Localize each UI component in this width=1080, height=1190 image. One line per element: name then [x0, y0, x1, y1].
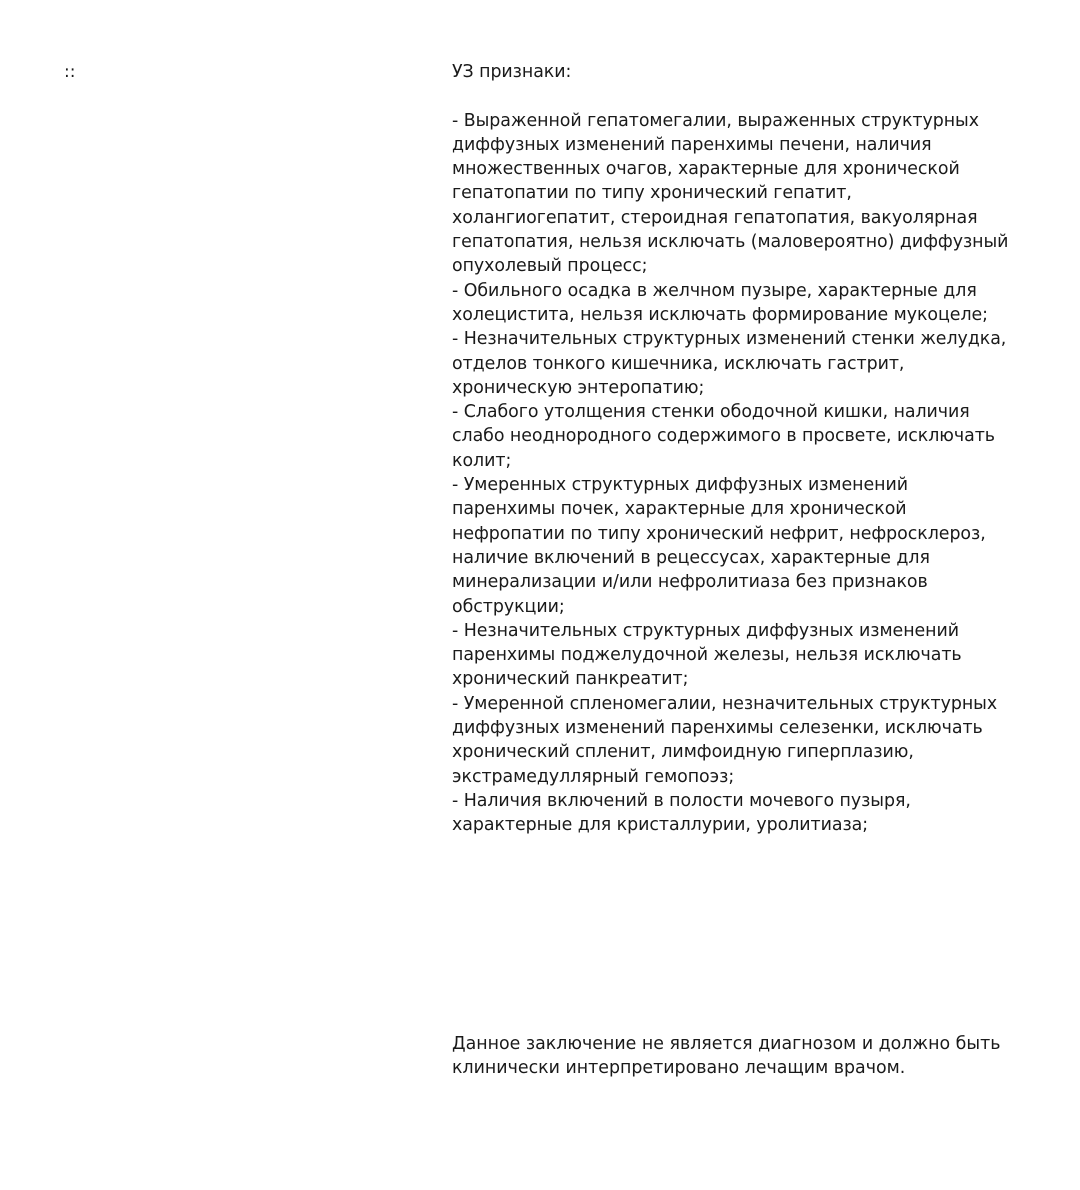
disclaimer-text: Данное заключение не является диагнозом …: [452, 1032, 1012, 1081]
ultrasound-findings-section: УЗ признаки: - Выраженной гепатомегалии,…: [452, 60, 1042, 838]
finding-stomach-intestine: - Незначительных структурных изменений с…: [452, 327, 1012, 400]
findings-list: - Выраженной гепатомегалии, выраженных с…: [452, 109, 1042, 838]
finding-liver: - Выраженной гепатомегалии, выраженных с…: [452, 109, 1012, 279]
finding-colon: - Слабого утолщения стенки ободочной киш…: [452, 400, 1012, 473]
drag-handle-icon: ::: [64, 60, 75, 84]
findings-heading: УЗ признаки:: [452, 60, 1042, 84]
finding-pancreas: - Незначительных структурных диффузных и…: [452, 619, 1012, 692]
finding-spleen: - Умеренной спленомегалии, незначительны…: [452, 692, 1012, 789]
finding-bladder: - Наличия включений в полости мочевого п…: [452, 789, 1012, 838]
finding-gallbladder: - Обильного осадка в желчном пузыре, хар…: [452, 279, 1012, 328]
finding-kidneys: - Умеренных структурных диффузных измене…: [452, 473, 1012, 619]
